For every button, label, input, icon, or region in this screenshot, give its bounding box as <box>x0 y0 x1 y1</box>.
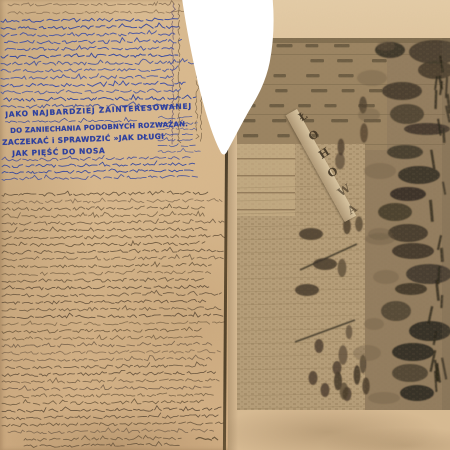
scanned-document: JAKO NAJBARDZIEJ ZAINTERESOWANEJ DO ZANI… <box>0 0 450 450</box>
emphasized-line-1: JAKO NAJBARDZIEJ ZAINTERESOWANEJ <box>5 102 192 119</box>
emphasized-line-4: JAK PIĘŚĆ DO NOSA <box>12 146 105 158</box>
margin-notes-vertical-2 <box>195 58 204 152</box>
margin-notes-vertical-1 <box>171 2 183 162</box>
left-page: JAKO NAJBARDZIEJ ZAINTERESOWANEJ DO ZANI… <box>0 0 229 450</box>
photo <box>237 38 450 410</box>
